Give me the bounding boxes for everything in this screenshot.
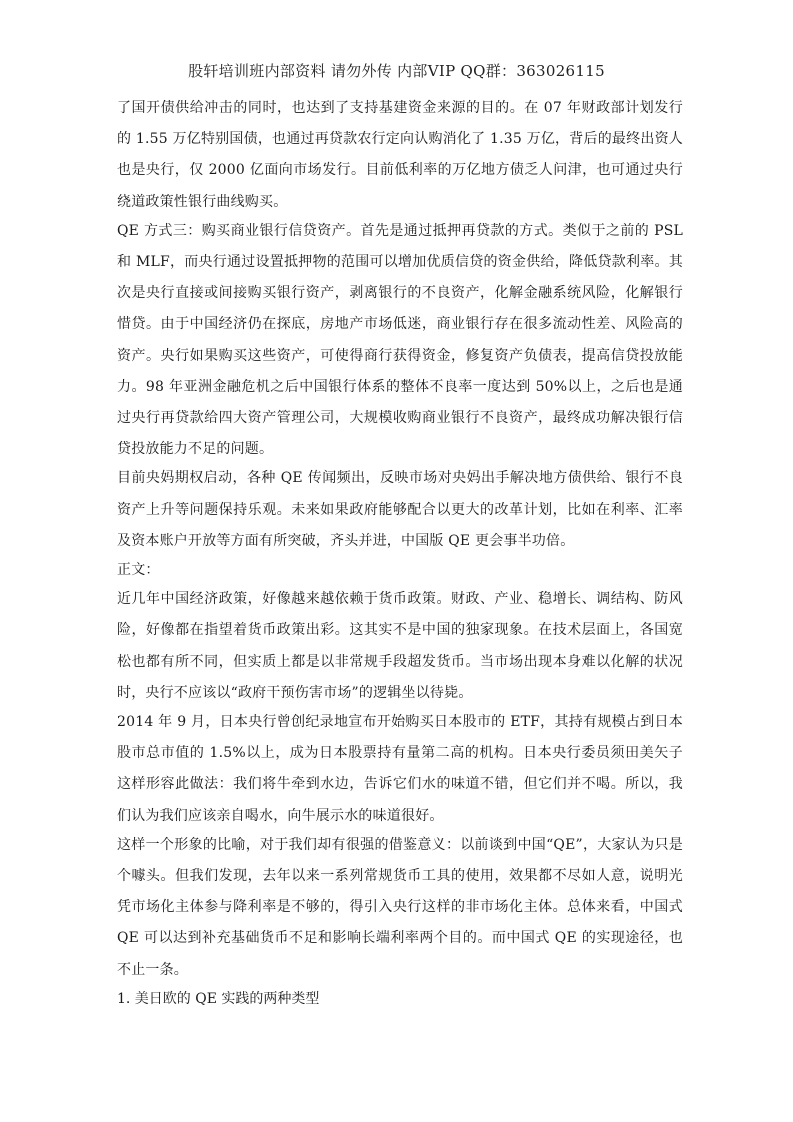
paragraph-2: QE 方式三：购买商业银行信贷资产。首先是通过抵押再贷款的方式。类似于之前的 P…	[117, 216, 683, 466]
paragraph-4-label: 正文：	[117, 555, 683, 586]
paragraph-5: 近几年中国经济政策，好像越来越依赖于货币政策。财政、产业、稳增长、调结构、防风险…	[117, 584, 683, 709]
page-header-watermark: 股轩培训班内部资料 请勿外传 内部VIP QQ群：363026115	[0, 60, 793, 81]
paragraph-7: 这样一个形象的比喻，对于我们却有很强的借鉴意义：以前谈到中国“QE”，大家认为只…	[117, 830, 683, 986]
paragraph-1: 了国开债供给冲击的同时，也达到了支持基建资金来源的目的。在 07 年财政部计划发…	[117, 93, 683, 218]
paragraph-6: 2014 年 9 月，日本央行曾创纪录地宣布开始购买日本股市的 ETF，其持有规…	[117, 707, 683, 832]
paragraph-3: 目前央妈期权启动，各种 QE 传闻频出，反映市场对央妈出手解决地方债供给、银行不…	[117, 463, 683, 557]
section-heading: 1. 美日欧的 QE 实践的两种类型	[117, 984, 683, 1015]
document-body: 了国开债供给冲击的同时，也达到了支持基建资金来源的目的。在 07 年财政部计划发…	[117, 93, 683, 1013]
